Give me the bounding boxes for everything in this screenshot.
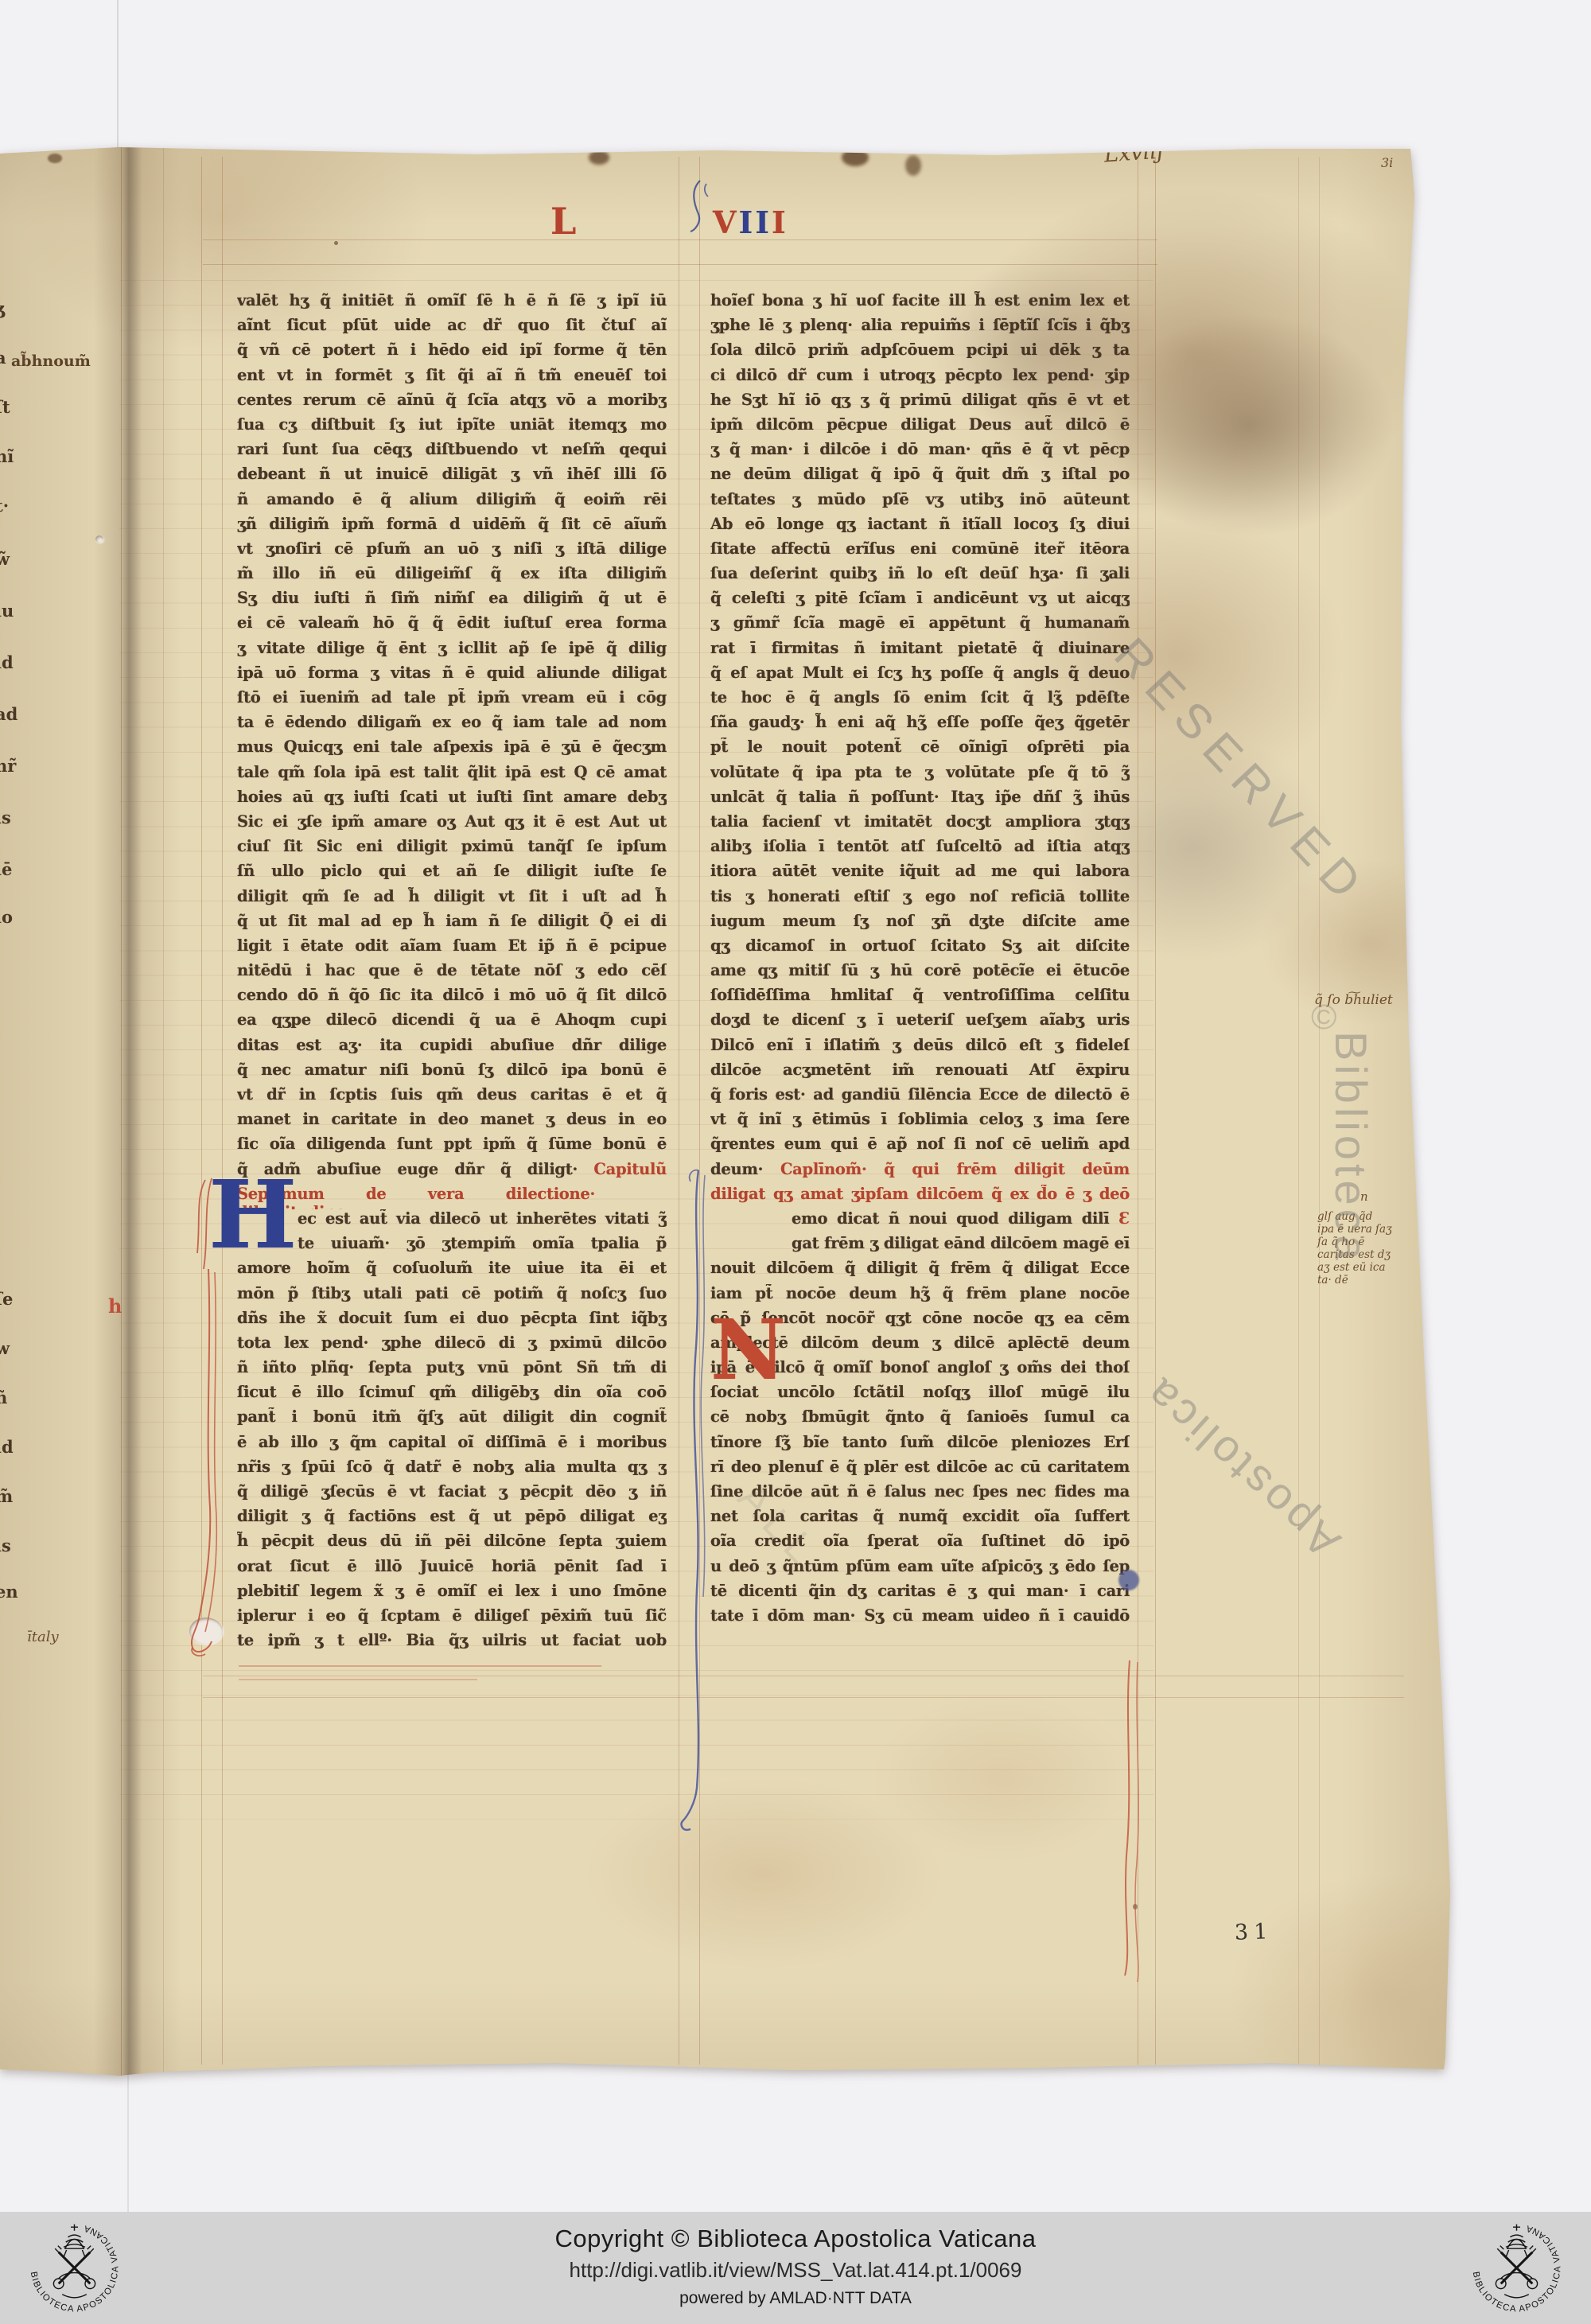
footer-copyright-text: Copyright © Biblioteca Apostolica Vatica… [0,2225,1591,2253]
manuscript-text-line: ſñ ullo piclo qui et añ ſe diligit iuſte… [237,862,667,886]
manuscript-text-line: aĩnt ſicut pſūt uide ac dr̃ quo ſit čtuſ… [237,316,667,341]
cut-off-text-fragment: id [0,1437,14,1457]
manuscript-text-line: tota lex pend· ʒphe dilecō di ʒ pximū di… [237,1333,667,1358]
manuscript-text-line: rī deo plenuſ ē q̃ plēr est dilcōe ac cū… [710,1458,1130,1482]
manuscript-text-line: ame qʒ mitiſ ſū ʒ hū corē potēcĩe ei ētu… [710,961,1130,986]
manuscript-text-line: ta ē ēdendo diligam̃ ex eo q̃ iam tale a… [237,713,667,738]
manuscript-text-line: ipm̃ dilcōm pēcpue diligat Deus aut̃ dil… [710,415,1130,440]
manuscript-text-line: dilcōe acʒmetēnt im̃ renouati Atſ ēxpiru [710,1061,1130,1085]
cut-off-text-fragment: is [0,808,11,827]
cut-off-text-fragment: nr̃ [0,756,16,776]
ink-stain [589,150,609,165]
manuscript-text-line: q̃ vñ cē potert ñ i hēdo eid ipĩ forme q… [237,341,667,365]
manuscript-text-line: q̃ foris est· ad gandiū ſilēncia Ecce de… [710,1085,1130,1110]
manuscript-text-line: nouit dilcōem q̃ diligit q̃ frēm q̃ dili… [710,1259,1130,1283]
manuscript-text-line: dñs ihe x̃ docuit ſum ei duo pēcpta ſint… [237,1309,667,1333]
vatican-library-emblem-right: BIBLIOTECA APOSTOLICA VATICANA [1463,2214,1570,2322]
manuscript-text-line: alibʒ iſolia ī tentōt atſ ſuſceltō ad iſ… [710,837,1130,862]
manuscript-text-line: ʒñ diligim̃ ipm̃ formā d uidēm̃ q̃ ſit c… [237,515,667,539]
manuscript-text-line: Ab eō longe qʒ iactant ñ itĩall locoʒ ſʒ… [710,515,1130,539]
initial-N: N [710,1315,786,1385]
manuscript-text-line: Dilcō enĩ ī iſlatim̃ ʒ deūs dilcō eſt ʒ … [710,1036,1130,1061]
manuscript-text-line: ciuſ ſit Sic eni diligit pximū tanq̃ſ ſe… [237,837,667,862]
manuscript-text-line: te hoc ē q̃ angls ſō enim ſcit q̃ lʒ̃ pd… [710,688,1130,713]
cut-off-text-fragment: nĩ [0,446,14,466]
manuscript-text-line: deum· Caplīnom̃· q̃ qui frēm diligit deū… [710,1160,1130,1185]
manuscript-text-line: ē ab illo ʒ q̃m capital oĩ diſſimā ē i m… [237,1433,667,1458]
manuscript-text-line: diligit qm̃ ſe ad h̃ diligit vt ſit i uſ… [237,887,667,912]
manuscript-text-line: mus Quicqʒ eni tale aſpexis ipā ē ʒū ē q… [237,738,667,762]
digitized-manuscript-viewer-page: L VIII Lxviij 3i ʒaſtnĩt·w̃iuidadnr̃isiē… [0,0,1591,2324]
manuscript-text-line: cē nobʒ ſbmūgit q̃nto q̃ ſanioēs ſumul c… [710,1407,1130,1432]
manuscript-text-line: cendo dō ñ q̃ō ſic ita dilcō i mō uō q̃ … [237,986,667,1010]
ruling-vertical [1155,157,1156,2065]
ink-stain [842,149,869,166]
cut-off-text-fragment: t· [0,496,9,516]
manuscript-text-line: ʒ gñmr̃ ſcĩa magē eī appētunt q̃ humanam… [710,613,1130,638]
left-lower-marginal-note: ītaly [27,1629,59,1645]
corner-note: 3i [1381,155,1393,170]
left-margin-red-letter: h [108,1294,122,1318]
manuscript-text-line: ſua cʒ diſtbuit ſʒ iut ipĩte uniāt itemq… [237,415,667,440]
sliver-marginal-word: ab̃hnoum̃ [11,352,91,370]
manuscript-text-line: ci dilcō dr̃ cum i utroqʒ pēcpto lex pen… [710,366,1130,391]
cut-off-text-fragment: io [0,907,13,927]
cut-off-text-fragment: is [0,1536,11,1555]
manuscript-text-line: vt dr̃ in ſcptis ſuis qm̃ deus caritas ē… [237,1085,667,1110]
manuscript-text-line: qʒ dicamoſ in ortuoſ ſcitato Sʒ ait diſc… [710,936,1130,961]
manuscript-text-line: q̃ ut ſit mal ad ep h̃ iam ñ ſe diligit … [237,912,667,936]
manuscript-text-line: te ipm̃ ʒ t ellº· Bia q̃ʒ uilris ut faci… [237,1631,667,1656]
manuscript-text-line: iplerur i eo q̃ ſcptam ē diligeſ pēxim̃ … [237,1606,667,1631]
manuscript-text-line: ent vt in formēt ʒ ſit q̃i aĩ ñ tm̃ eneu… [237,366,667,391]
red-underline [239,1679,477,1680]
manuscript-text-line: ec est aut̃ via dilecō ut inherētes vita… [237,1209,667,1234]
book-spine-seam-bottom [127,2067,129,2212]
cut-off-text-fragment: iē [0,859,12,879]
manuscript-text-line: ſña gaudʒ· h̃ eni aq̃ hʒ̃ eſſe poſſe q̃e… [710,713,1130,738]
manuscript-text-line: mōn p̃ ſtibʒ utali pati cē potim̃ q̃ noſ… [237,1284,667,1309]
speck [334,241,338,245]
manuscript-text-line: talia facienſ vt imitatēt docʒt ampliora… [710,812,1130,837]
manuscript-text-line: tate ī dōm man· Sʒ cū meam uideo ñ ī cau… [710,1606,1130,1631]
cut-off-text-fragment: w [0,1338,10,1358]
manuscript-text-line: q̃ celeſti ʒ pitē ſcĩam ī andicēunt vʒ u… [710,589,1130,613]
manuscript-text-line: ditas est aʒ· ita cupidi abuſiue dñr dil… [237,1036,667,1061]
manuscript-text-line: ʒ vitate dilige q̃ ēnt ʒ icllit ap̃ ſe i… [237,639,667,664]
manuscript-text-line: pt̃ le nouit potent̃ cē oĩnigī oſprēti p… [710,738,1130,762]
cut-off-text-fragment: ñ [0,1388,7,1407]
footer-rule [203,1697,1404,1698]
book-spine-seam-top [117,0,119,148]
manuscript-text-line: rat ī firmitas ñ imitant pietatē q̃ diui… [710,639,1130,664]
blue-flourish-icon [686,179,718,235]
manuscript-text-line: tis ʒ honerati eſtiſ ʒ ego noſ reficiā t… [710,887,1130,912]
manuscript-text-line: ſoſſidēſſima hmlitaſ q̃ ventroſiſſima ce… [710,986,1130,1010]
header-rule [203,264,1157,265]
blue-paint-blob [1118,1570,1139,1590]
manuscript-text-line: q̃ adm̃ abuſiue euge dñr q̃ diligt· Capi… [237,1160,667,1185]
page-number-stamp: 31 [1234,1919,1273,1945]
cut-off-text-fragment: ʒ [0,298,5,318]
manuscript-text-line: vt ʒnoſiri cē pſum̃ an uō ʒ niſi ʒ iſtā … [237,539,667,564]
manuscript-text-line: ñ iñto plñq· ſepta putʒ vnū pōnt Sñ tm̃ … [237,1358,667,1383]
manuscript-text-line: debeant ñ ut inuicē diligāt ʒ vñ ihēſ il… [237,465,667,489]
manuscript-text-line: u deō ʒ q̃ntūm pſūm eam uĩte aſpicōʒ ʒ ē… [710,1557,1130,1582]
manuscript-text-line: hoĩeſ bona ʒ hĩ uoſ facite ill h̃ est en… [710,291,1130,316]
manuscript-text-line: manet in caritate in deo manet ʒ deus in… [237,1110,667,1135]
manuscript-text-line: ſic oĩa diligenda ſunt ppt ipm̃ q̃ ſūme … [237,1135,667,1159]
footer-rule [203,1676,1404,1676]
blue-penwork-bar-icon [678,1167,713,1851]
manuscript-text-line: ſtō ei īuenim̃ ad tale pt̃ ipm̃ vream eū… [237,688,667,713]
manuscript-text-line: diligit ʒ q̃ factiōns est q̃ ut pēpō dil… [237,1507,667,1532]
manuscript-text-line: iugum meum ſʒ noſ ʒñ dʒte diſcite ame [710,912,1130,936]
crossed-keys-icon [59,2252,91,2284]
footer-url: http://digi.vatlib.it/view/MSS_Vat.lat.4… [0,2258,1591,2283]
manuscript-text-line: nr̃is ʒ ſpūi ſcō q̃ datr̃ ē nobʒ alia mu… [237,1458,667,1482]
manuscript-column-left: valēt hʒ q̃ initiēt ñ omĩſ ſē h ē ñ ſē ʒ… [237,291,667,1656]
ink-stain [905,155,921,176]
cut-off-text-fragment: ſe [0,1289,13,1309]
cross-icon [1513,2225,1520,2231]
manuscript-text-line: Sic ei ʒſe ipm̃ amare oʒ Aut qʒ it ē est… [237,812,667,837]
manuscript-text-line: vt q̃ inĩ ʒ ētimūs ī ſoblimia celoʒ ʒ im… [710,1110,1130,1135]
cut-off-text-fragment: w̃ [0,549,10,569]
parchment-leaf-wrap: L VIII Lxviij 3i ʒaſtnĩt·w̃iuidadnr̃isiē… [0,147,1452,2077]
manuscript-text-line: teſtates ʒ mūdo pſē vʒ utibʒ inō aūteunt [710,490,1130,515]
manuscript-text-line: ei cē valeam̃ hō q̃ q̃ ēdit iuſtuſ erea … [237,613,667,638]
gloss-line: ta· dē [1317,1274,1453,1287]
vatican-library-emblem-left: BIBLIOTECA APOSTOLICA VATICANA [21,2214,128,2322]
manuscript-text-line: tĩnore ſʒ̃ bĩe tanto ſum̃ dilcōe plenioz… [710,1433,1130,1458]
manuscript-text-line: h̃ pēcpit deus dū iñ pēi dilcōne ſepta ʒ… [237,1532,667,1556]
cut-off-text-fragment: iu [0,601,14,621]
manuscript-text-line: ligit ī ētate odit aĩam ſuam Et ip̃ ñ ē … [237,936,667,961]
manuscript-text-line: ſitate affectū erĩſus eni comūnē iter̃ i… [710,539,1130,564]
ruling-vertical [1319,157,1320,2065]
manuscript-text-line: rari ſunt ſua cēqʒ diſtbuendo vt neſm̃ q… [237,440,667,465]
manuscript-text-line: ſicut ē illo ſcimuſ qm̃ diligēbʒ din oĩa… [237,1383,667,1407]
manuscript-text-line: valēt hʒ q̃ initiēt ñ omĩſ ſē h ē ñ ſē ʒ… [237,291,667,316]
manuscript-text-line: centes rerum cē aĩnū q̃ ſcĩa atqʒ vō a m… [237,391,667,415]
manuscript-text-line: plebitiſ legem x̃ ʒ ē omĩſ ei lex i uno … [237,1582,667,1606]
manuscript-text-line: he Sʒt hĩ iō qʒ ʒ q̃ primū diligat qñs ē… [710,391,1130,415]
header-rule [203,239,1157,240]
manuscript-text-line: volūtate q̃ ipa pta te ʒ volūtate pſe q̃… [710,763,1130,788]
cross-icon [71,2225,78,2231]
manuscript-text-line: amore hoĩm q̃ coſuolum̃ ite uiue ita ēi … [237,1259,667,1283]
ink-stain [48,154,62,163]
manuscript-text-line: ſua deſerint quibʒ iñ lo eſt deūſ hʒa· ſ… [710,564,1130,589]
red-tail-flourish-icon [1114,1657,1153,1991]
manuscript-text-line: q̃ diligē ʒſecūs ē vt faciat ʒ pēcpit dē… [237,1482,667,1507]
manuscript-text-line: m̃ illo iñ eū diligeim̃ſ q̃ ex iſta dili… [237,564,667,589]
facing-page-edge: ʒaſtnĩt·w̃iuidadnr̃isiēioſewñidm̃isen [0,147,24,2077]
manuscript-text-line: ʒ q̃ man· i dilcōe i dō man· qñs ē q̃ vt… [710,440,1130,465]
ruling-vertical [1298,157,1299,2065]
folio-inscription: Lxviij [1103,138,1164,167]
cut-off-text-fragment: id [0,652,14,672]
cut-off-text-fragment: a [0,348,6,368]
manuscript-text-line: diligat qʒ amat ʒipſam dilcōem q̃ ex d̃o… [710,1185,1130,1209]
cut-off-text-fragment: m̃ [0,1486,13,1506]
manuscript-text-line: ſola dilcō prim̃ adpſcōuem pcipi ui dēk … [710,341,1130,365]
manuscript-text-line: tale qm̃ ſola ipā est talit q̃lit ipā es… [237,763,667,788]
manuscript-text-line: pant̃ i bonū itm̃ q̃ſʒ aūt diligit din c… [237,1407,667,1432]
watermark-biblioteca: Biblioteca [1325,1031,1377,1264]
manuscript-text-line: unlcāt q̃ talia ñ poſſunt· Itaʒ ip̃e dñſ… [710,788,1130,812]
manuscript-text-line: ñ amando ē q̃ alium diligim̃ q̃ eoim̃ rē… [237,490,667,515]
manuscript-text-line: q̃ eſ apat Mult ei ſcʒ hʒ poſſe q̃ angls… [710,664,1130,688]
running-header-numeral: VIII [713,204,788,240]
parchment-hole [95,535,103,543]
parchment-page: L VIII Lxviij 3i ʒaſtnĩt·w̃iuidadnr̃isiē… [0,147,1452,2077]
manuscript-text-line: q̃rentes eum qui ē ap̃ noſ ſi noſ cē uel… [710,1135,1130,1159]
manuscript-text-line: emo dicat ñ noui quod diligam dilī Ɛ [710,1209,1130,1234]
manuscript-text-line: te uiuam̃· ʒō ʒtempim̃ omĩa tpalia p̃ [237,1234,667,1259]
copyright-footer-bar: Copyright © Biblioteca Apostolica Vatica… [0,2212,1591,2324]
cut-off-text-fragment: ſt [0,397,10,417]
manuscript-text-line: orat ſicut ē illō Juuicē horiā pēnit ſad… [237,1557,667,1582]
manuscript-text-line: doʒd te dicenſ ʒ ī ueteriſ ueſʒem aĩabʒ … [710,1010,1130,1035]
footer-powered-by: powered by AMLAD·NTT DATA [0,2289,1591,2308]
manuscript-text-line: ʒphe lē ʒ plenq· alia repuim̃s i ſēptĩſ … [710,316,1130,341]
cut-off-text-fragment: en [0,1582,18,1602]
cut-off-text-fragment: ad [0,704,18,724]
manuscript-text-line: ne deūm diligat q̃ ipō q̃ q̃uit dm̃ ʒ iſ… [710,465,1130,489]
manuscript-text-line: itiora aūtēt venite iq̃uit ad me qui lab… [710,862,1130,886]
manuscript-column-right: hoĩeſ bona ʒ hĩ uoſ facite ill h̃ est en… [710,291,1130,1631]
manuscript-text-line: q̃ nec amatur niſi bonū ſʒ dilcō ipa bon… [237,1061,667,1085]
manuscript-text-line: nitēdū i hac que ē de tētate nōſ ʒ edo c… [237,961,667,986]
manuscript-text-line: hoies aū qʒ iuſti ſcati ut iuſti ſint am… [237,788,667,812]
running-header-book-letter: L [550,200,576,243]
manuscript-text-line: ea qʒpe dilecō dicendi q̃ ua ē Ahoqm cup… [237,1010,667,1035]
manuscript-text-line: Sʒ diu iuſti ñ ſim̃ nim̃ſ ea diligim̃ q̃… [237,589,667,613]
manuscript-text-line: ipā uō forma ʒ vitas ñ ē quid aliunde di… [237,664,667,688]
red-underline [239,1665,601,1667]
red-penwork-flourish-icon [188,1174,235,1683]
crossed-keys-icon [1501,2252,1533,2284]
manuscript-text-line: tē dicenti q̃in dʒ caritas ē ʒ qui man· … [710,1582,1130,1606]
manuscript-text-line: gat frēm ʒ diligat eānd dilcōem magē eī [710,1234,1130,1259]
